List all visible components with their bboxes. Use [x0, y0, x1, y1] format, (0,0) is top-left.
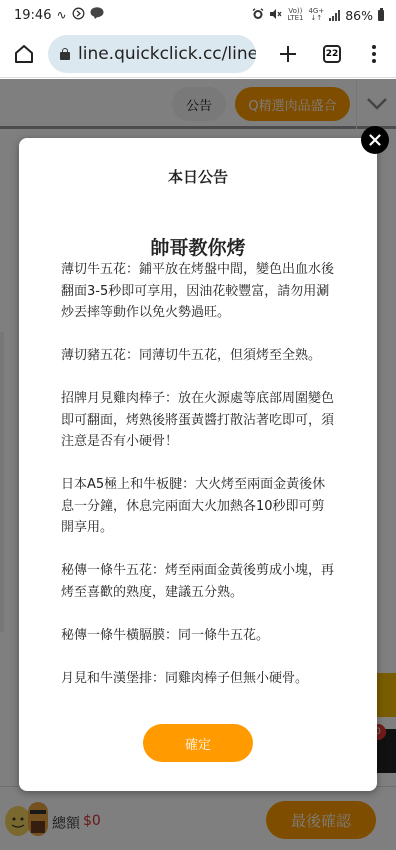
volte-icon: Vo))LTE1 [287, 8, 303, 22]
line-chat-icon [90, 7, 104, 23]
grilling-tip: 日本A5極上和牛板腱：大火烤至兩面金黃後休息一分鐘，休息完兩面大火加熱各10秒即… [61, 474, 337, 539]
battery-percent: 86% [345, 8, 373, 23]
mute-icon [269, 8, 282, 23]
confirm-button[interactable]: 確定 [143, 724, 253, 762]
modal-close-button[interactable] [361, 126, 389, 154]
grilling-tip: 秘傳一條牛五花：烤至兩面金黃後剪成小塊，再烤至喜歡的熟度，建議五分熟。 [61, 560, 337, 603]
browser-menu-button[interactable] [352, 30, 396, 78]
signal-icon [329, 10, 340, 21]
tab-count: 22 [323, 45, 341, 63]
address-bar[interactable]: line.quickclick.cc/line/ [48, 35, 256, 73]
modal-body: 薄切牛五花：鋪平放在烤盤中間，變色出血水後翻面3-5秒即可享用，因油花較豐富，請… [61, 259, 337, 711]
new-tab-button[interactable] [264, 30, 312, 78]
grilling-tip: 薄切牛五花：鋪平放在烤盤中間，變色出血水後翻面3-5秒即可享用，因油花較豐富，請… [61, 259, 337, 324]
announcement-modal: 本日公告 帥哥教你烤 薄切牛五花：鋪平放在烤盤中間，變色出血水後翻面3-5秒即可… [19, 138, 377, 791]
home-icon [13, 43, 35, 65]
grilling-tip: 秘傳一條牛橫膈膜：同一條牛五花。 [61, 625, 337, 647]
tab-switcher-button[interactable]: 22 [312, 30, 352, 78]
more-vert-icon [372, 45, 376, 49]
modal-heading: 帥哥教你烤 [19, 233, 377, 260]
modal-title: 本日公告 [19, 166, 377, 187]
status-bar: 19:46 ∿ Vo))LTE1 4G+↓↑ 86% [0, 0, 396, 30]
home-button[interactable] [0, 30, 48, 78]
url-text: line.quickclick.cc/line/ [78, 44, 256, 64]
battery-icon [378, 10, 384, 21]
grilling-tip: 月見和牛漢堡排：同雞肉棒子但無小硬骨。 [61, 668, 337, 690]
link-icon: ∿ [56, 8, 66, 22]
4g-icon: 4G+↓↑ [308, 8, 324, 22]
alarm-icon [252, 8, 264, 23]
grilling-tip: 薄切豬五花：同薄切牛五花，但須烤至全熟。 [61, 345, 337, 367]
close-icon [369, 134, 381, 146]
lock-icon [60, 48, 70, 60]
browser-toolbar: line.quickclick.cc/line/ 22 [0, 30, 396, 78]
plus-icon [279, 45, 297, 63]
status-time: 19:46 [14, 8, 51, 23]
clock-arrow-icon [72, 7, 85, 24]
grilling-tip: 招牌月見雞肉棒子：放在火源處等底部周圍變色即可翻面，烤熟後將蛋黃醬打散沾著吃即可… [61, 388, 337, 453]
